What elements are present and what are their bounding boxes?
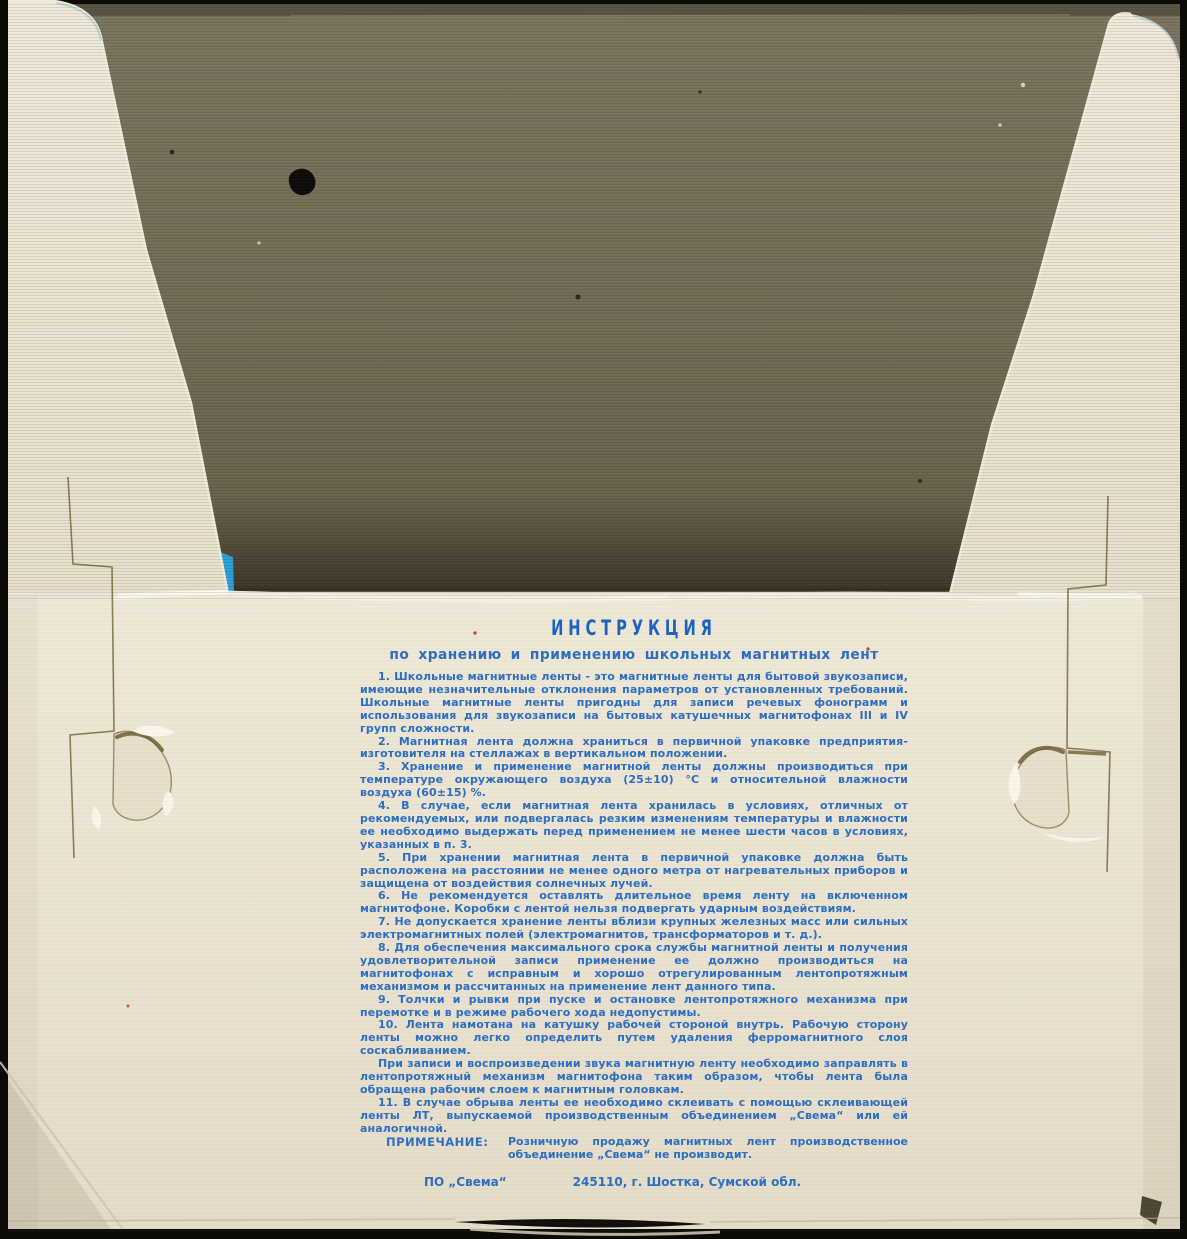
scanned-box-photo: ИНСТРУКЦИЯ по хранению и применению школ… xyxy=(0,0,1187,1239)
instruction-paragraph: 2. Магнитная лента должна храниться в пе… xyxy=(360,736,908,762)
note-label: ПРИМЕЧАНИЕ: xyxy=(386,1136,508,1162)
speck-red xyxy=(127,1005,130,1008)
note-row: ПРИМЕЧАНИЕ: Розничную продажу магнитных … xyxy=(386,1136,908,1162)
footer-manufacturer: ПО „Свема“ xyxy=(424,1175,507,1189)
speck-light xyxy=(1021,83,1025,87)
instruction-paragraph: При записи и воспроизведении звука магни… xyxy=(360,1058,908,1097)
instruction-paragraph: 3. Хранение и применение магнитной ленты… xyxy=(360,761,908,800)
instruction-paragraph: 9. Толчки и рывки при пуске и остановке … xyxy=(360,994,908,1020)
instruction-paragraph: 4. В случае, если магнитная лента хранил… xyxy=(360,800,908,852)
flap-torn-edge-highlight xyxy=(1018,594,1142,597)
footer-address: 245110, г. Шостка, Сумской обл. xyxy=(573,1175,801,1189)
instruction-panel: ИНСТРУКЦИЯ по хранению и применению школ… xyxy=(360,616,908,1189)
speck-dark xyxy=(918,479,922,483)
instruction-body: 1. Школьные магнитные ленты - это магнит… xyxy=(360,671,908,1189)
speck-dark xyxy=(170,150,175,155)
instruction-paragraph: 6. Не рекомендуется оставлять длительное… xyxy=(360,890,908,916)
instruction-paragraph: 5. При хранении магнитная лента в первич… xyxy=(360,852,908,891)
interior-shadow-band xyxy=(175,495,1005,591)
speck-light xyxy=(998,123,1002,127)
right-keyhole-burn-edge xyxy=(1068,752,1106,754)
speck-light xyxy=(257,241,260,244)
box-interior-top-fold xyxy=(8,4,1180,16)
speck-dark xyxy=(698,90,702,94)
instruction-paragraph: 7. Не допускается хранение ленты вблизи … xyxy=(360,916,908,942)
instruction-paragraph: 1. Школьные магнитные ленты - это магнит… xyxy=(360,671,908,736)
instruction-paragraph: 10. Лента намотана на катушку рабочей ст… xyxy=(360,1019,908,1058)
speck-dark xyxy=(575,294,580,299)
instruction-subtitle: по хранению и применению школьных магнит… xyxy=(374,647,895,663)
flap-side-shading-right xyxy=(1143,597,1180,1232)
note-text: Розничную продажу магнитных лент произво… xyxy=(508,1136,908,1162)
instruction-paragraph: 11. В случае обрыва ленты ее необходимо … xyxy=(360,1097,908,1136)
footer-row: ПО „Свема“ 245110, г. Шостка, Сумской об… xyxy=(360,1175,908,1189)
instruction-paragraph: 8. Для обеспечения максимального срока с… xyxy=(360,942,908,994)
instruction-title: ИНСТРУКЦИЯ xyxy=(442,616,826,640)
